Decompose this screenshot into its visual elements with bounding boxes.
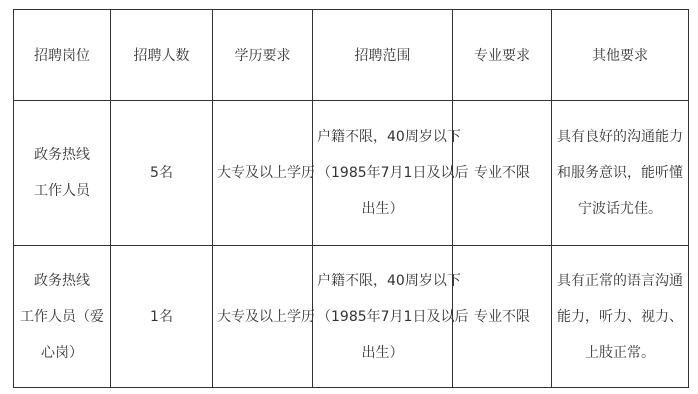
cell-text-line: 户籍不限，40周岁以下 xyxy=(317,119,448,155)
cell-text-line: 大专及以上学历 xyxy=(217,299,308,335)
cell-text-line: 户籍不限，40周岁以下 xyxy=(317,263,448,299)
table-header-row: 招聘岗位 招聘人数 学历要求 招聘范围 专业要求 其他要求 xyxy=(14,10,689,101)
cell-text-line: 能力，听力、视力、 xyxy=(556,299,684,335)
header-education-requirement: 学历要求 xyxy=(213,10,313,101)
cell-row2-scope: 户籍不限，40周岁以下（1985年7月1日及以后出生） xyxy=(313,246,453,388)
cell-text-line: 1名 xyxy=(115,299,208,335)
cell-text-line: 政务热线 xyxy=(18,263,106,299)
cell-text-line: 大专及以上学历 xyxy=(217,155,308,191)
header-headcount: 招聘人数 xyxy=(111,10,213,101)
cell-text-line: 心岗） xyxy=(18,335,106,371)
cell-row2-education: 大专及以上学历 xyxy=(213,246,313,388)
cell-text-line: 专业不限 xyxy=(457,299,547,335)
cell-row1-education: 大专及以上学历 xyxy=(213,101,313,246)
header-recruitment-scope: 招聘范围 xyxy=(313,10,453,101)
cell-row2-headcount: 1名 xyxy=(111,246,213,388)
cell-text-line: 出生） xyxy=(317,335,448,371)
cell-row1-headcount: 5名 xyxy=(111,101,213,246)
cell-text-line: 工作人员 xyxy=(18,173,106,209)
cell-text-line: 具有良好的沟通能力 xyxy=(556,119,684,155)
cell-text-line: 具有正常的语言沟通 xyxy=(556,263,684,299)
cell-text-line: 宁波话尤佳。 xyxy=(556,191,684,227)
cell-row2-position: 政务热线工作人员（爱心岗） xyxy=(14,246,111,388)
recruitment-table: 招聘岗位 招聘人数 学历要求 招聘范围 专业要求 其他要求 政务热线工作人员 5… xyxy=(13,9,689,388)
header-position: 招聘岗位 xyxy=(14,10,111,101)
cell-row1-scope: 户籍不限，40周岁以下（1985年7月1日及以后出生） xyxy=(313,101,453,246)
cell-text-line: 专业不限 xyxy=(457,155,547,191)
table-row: 政务热线工作人员（爱心岗） 1名 大专及以上学历 户籍不限，40周岁以下（198… xyxy=(14,246,689,388)
recruitment-table-container: 招聘岗位 招聘人数 学历要求 招聘范围 专业要求 其他要求 政务热线工作人员 5… xyxy=(13,9,689,388)
cell-row2-other: 具有正常的语言沟通能力，听力、视力、上肢正常。 xyxy=(552,246,689,388)
header-major-requirement: 专业要求 xyxy=(453,10,552,101)
cell-text-line: 政务热线 xyxy=(18,137,106,173)
cell-row1-other: 具有良好的沟通能力和服务意识，能听懂宁波话尤佳。 xyxy=(552,101,689,246)
cell-row1-position: 政务热线工作人员 xyxy=(14,101,111,246)
cell-text-line: 出生） xyxy=(317,191,448,227)
table-row: 政务热线工作人员 5名 大专及以上学历 户籍不限，40周岁以下（1985年7月1… xyxy=(14,101,689,246)
cell-text-line: （1985年7月1日及以后 xyxy=(317,299,448,335)
cell-text-line: 和服务意识，能听懂 xyxy=(556,155,684,191)
cell-text-line: （1985年7月1日及以后 xyxy=(317,155,448,191)
cell-text-line: 工作人员（爱 xyxy=(18,299,106,335)
cell-text-line: 5名 xyxy=(115,155,208,191)
cell-text-line: 上肢正常。 xyxy=(556,335,684,371)
header-other-requirements: 其他要求 xyxy=(552,10,689,101)
